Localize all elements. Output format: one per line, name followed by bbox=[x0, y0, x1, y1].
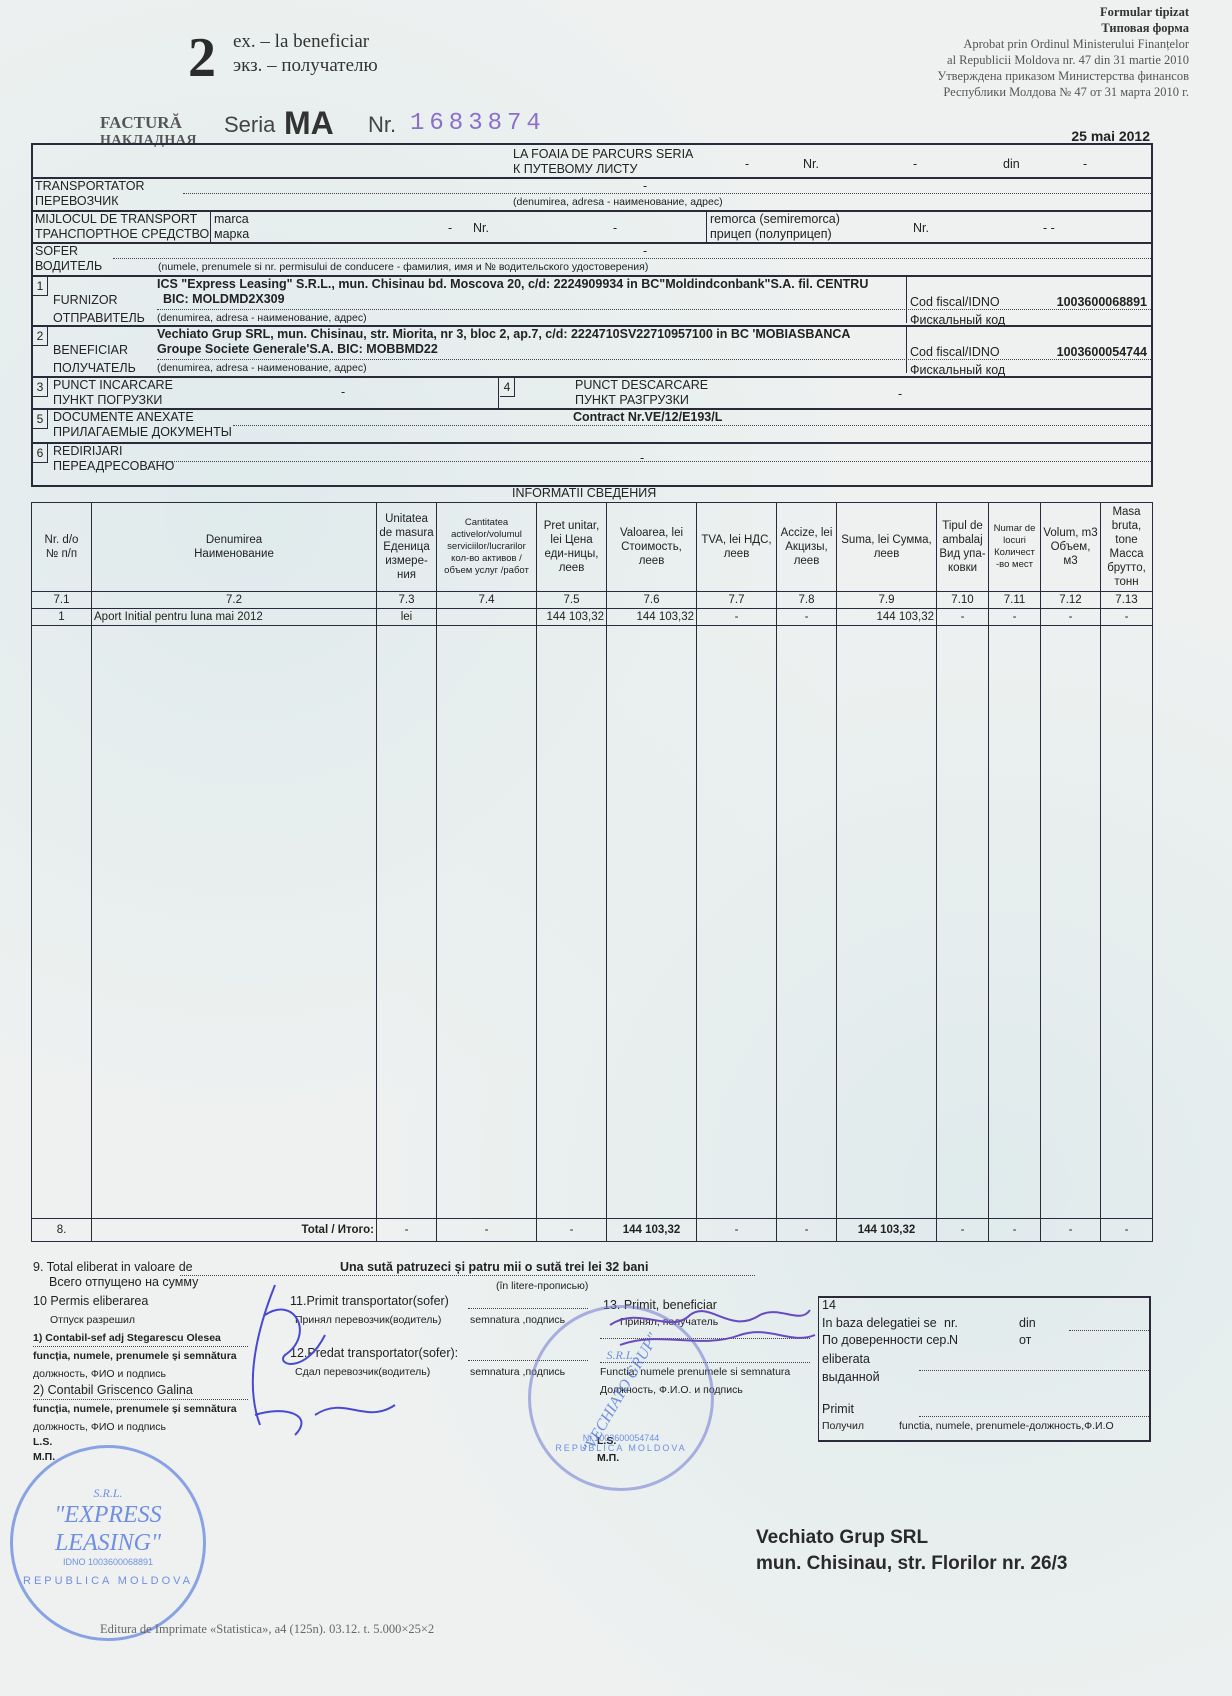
empty-cell bbox=[989, 626, 1041, 1219]
waybill-label: LA FOAIA DE PARCURS SERIA К ПУТЕВОМУ ЛИС… bbox=[513, 147, 693, 177]
column-number-cell: 7.1 bbox=[32, 592, 92, 609]
delegation-din-ro: din bbox=[1019, 1316, 1036, 1331]
unloading-label: PUNCT DESCARCARE ПУНКТ РАЗГРУЗКИ bbox=[575, 378, 708, 408]
waybill-nr: - bbox=[913, 157, 917, 172]
vehicle-label-ru: ТРАНСПОРТНОЕ СРЕДСТВО bbox=[35, 227, 209, 242]
beneficiary-line-1: Vechiato Grup SRL, mun. Chisinau, str. M… bbox=[157, 327, 927, 342]
supplier-label-ro: FURNIZOR bbox=[53, 293, 118, 308]
total-cell: - bbox=[937, 1219, 989, 1242]
seal-text: LEASING" bbox=[13, 1529, 203, 1557]
transporter-label: TRANSPORTATOR ПЕРЕВОЗЧИК bbox=[35, 179, 145, 209]
delegation-box: 14 In baza delegatiei se nr. din По дове… bbox=[818, 1296, 1151, 1442]
vehicle-brand-label: marca марка bbox=[214, 212, 249, 242]
stamp-company-address: mun. Chisinau, str. Florilor nr. 26/3 bbox=[756, 1551, 1067, 1577]
permit-label-ru: Отпуск разрешил bbox=[50, 1314, 135, 1326]
signature-scribble bbox=[600, 1295, 820, 1355]
signer-function-label-ru: должность, ФИО и подпись bbox=[33, 1421, 166, 1433]
loading-index: 3 bbox=[33, 378, 48, 397]
waybill-label-ru: К ПУТЕВОМУ ЛИСТУ bbox=[513, 162, 693, 177]
col-header-volume: Volum, m3 Объем, м3 bbox=[1041, 503, 1101, 592]
vehicle-brand-ro: marca bbox=[214, 212, 249, 227]
item-cell: - bbox=[989, 609, 1041, 626]
signature-scribble bbox=[235, 1275, 425, 1445]
trailer-nr-label: Nr. bbox=[913, 221, 929, 236]
empty-cell bbox=[777, 626, 837, 1219]
vehicle-nr-label: Nr. bbox=[473, 221, 489, 236]
signature-label: semnatura ,подпись bbox=[470, 1314, 565, 1326]
documents-label: DOCUMENTE ANEXATE ПРИЛАГАЕМЫЕ ДОКУМЕНТЫ bbox=[53, 410, 232, 440]
item-cell: 1 bbox=[32, 609, 92, 626]
beneficiary-details: Vechiato Grup SRL, mun. Chisinau, str. M… bbox=[157, 327, 927, 357]
waybill-label-ro: LA FOAIA DE PARCURS SERIA bbox=[513, 147, 693, 162]
series-value: MA bbox=[284, 105, 334, 142]
copy-destination-ru: экз. – получателю bbox=[233, 54, 378, 78]
supplier-hint: (denumirea, adresa - наименование, адрес… bbox=[157, 312, 367, 324]
column-number-cell: 7.9 bbox=[837, 592, 937, 609]
driver-value: - bbox=[643, 244, 647, 259]
table-empty-area bbox=[32, 626, 1153, 1219]
col-header-quantity: Cantitatea activelor/volumul serviciilor… bbox=[437, 503, 537, 592]
seal-text: REPUBLICA MOLDOVA bbox=[13, 1575, 203, 1587]
form-approval-info: Formular tipizat Типовая форма Aprobat p… bbox=[937, 4, 1189, 100]
supplier-seal: S.R.L. "EXPRESS LEASING" IDNO 1003600068… bbox=[10, 1445, 206, 1641]
unloading-index: 4 bbox=[500, 378, 515, 397]
received-hint: functia, numele, prenumele-должность,Ф.И… bbox=[899, 1420, 1114, 1432]
beneficiary-label-ro: BENEFICIAR bbox=[53, 343, 128, 358]
total-cell: - bbox=[537, 1219, 607, 1242]
seal-text: Nr.1003600054744 bbox=[531, 1433, 711, 1443]
col-header-unit-price: Pret unitar, lei Цена еди-ницы, леев bbox=[537, 503, 607, 592]
transport-details-grid: LA FOAIA DE PARCURS SERIA К ПУТЕВОМУ ЛИС… bbox=[31, 143, 1153, 487]
item-cell bbox=[437, 609, 537, 626]
attached-documents-value: Contract Nr.VE/12/E193/L bbox=[573, 410, 722, 425]
empty-cell bbox=[437, 626, 537, 1219]
driver-label-ro: SOFER bbox=[35, 244, 102, 259]
empty-cell bbox=[1041, 626, 1101, 1219]
signer-1: 1) Contabil-sef adj Stegarescu Olesea bbox=[33, 1332, 221, 1344]
total-cell: - bbox=[1041, 1219, 1101, 1242]
documents-label-ru: ПРИЛАГАЕМЫЕ ДОКУМЕНТЫ bbox=[53, 425, 232, 440]
total-cell: 144 103,32 bbox=[837, 1219, 937, 1242]
supplier-label-ru: ОТПРАВИТЕЛЬ bbox=[53, 311, 145, 326]
approval-line: Республики Молдова № 47 от 31 марта 2010… bbox=[937, 84, 1189, 100]
col-header-excise: Accize, lei Акцизы, леев bbox=[777, 503, 837, 592]
delegation-index: 14 bbox=[822, 1298, 836, 1313]
item-cell: - bbox=[697, 609, 777, 626]
seal-text: REPUBLICA MOLDOVA bbox=[531, 1443, 711, 1453]
beneficiary-index: 2 bbox=[33, 327, 48, 346]
beneficiary-fiscal-label-ro: Cod fiscal/IDNO bbox=[910, 345, 1000, 360]
vehicle-label-ro: MIJLOCUL DE TRANSPORT bbox=[35, 212, 209, 227]
supplier-details: ICS "Express Leasing" S.R.L., mun. Chisi… bbox=[157, 277, 927, 307]
copy-number: 2 bbox=[188, 30, 216, 86]
supplier-line-2: BIC: MOLDMD2X309 bbox=[157, 292, 927, 307]
supplier-index: 1 bbox=[33, 277, 48, 296]
beneficiary-fiscal-code: 1003600054744 bbox=[1057, 345, 1147, 360]
vehicle-label: MIJLOCUL DE TRANSPORT ТРАНСПОРТНОЕ СРЕДС… bbox=[35, 212, 209, 242]
item-cell: - bbox=[937, 609, 989, 626]
column-number-cell: 7.6 bbox=[607, 592, 697, 609]
info-section-title: INFORMATII СВЕДЕНИЯ bbox=[512, 486, 656, 501]
received-label-ro: Primit bbox=[822, 1402, 854, 1417]
total-cell: - bbox=[777, 1219, 837, 1242]
transporter-label-ru: ПЕРЕВОЗЧИК bbox=[35, 194, 145, 209]
col-header-value: Valoarea, lei Стоимость, леев bbox=[607, 503, 697, 592]
copy-destination: ex. – la beneficiar экз. – получателю bbox=[233, 30, 378, 78]
empty-cell bbox=[537, 626, 607, 1219]
loading-value: - bbox=[341, 385, 345, 400]
unloading-label-ro: PUNCT DESCARCARE bbox=[575, 378, 708, 393]
col-header-packaging: Tipul de ambalaj Вид упа-ковки bbox=[937, 503, 989, 592]
item-cell: - bbox=[1041, 609, 1101, 626]
signer-2: 2) Contabil Griscenco Galina bbox=[33, 1383, 193, 1398]
empty-cell bbox=[1101, 626, 1153, 1219]
documents-label-ro: DOCUMENTE ANEXATE bbox=[53, 410, 232, 425]
number-label: Nr. bbox=[368, 112, 396, 138]
signer-function-label-ro: funcția, numele, prenumele și semnătura bbox=[33, 1350, 237, 1362]
empty-cell bbox=[697, 626, 777, 1219]
item-cell: Aport Initial pentru luna mai 2012 bbox=[92, 609, 377, 626]
invoice-date: 25 mai 2012 bbox=[1071, 128, 1150, 144]
item-cell: 144 103,32 bbox=[537, 609, 607, 626]
stamp-company-name: Vechiato Grup SRL bbox=[756, 1525, 1067, 1551]
column-number-cell: 7.12 bbox=[1041, 592, 1101, 609]
supplier-fiscal-label-ro: Cod fiscal/IDNO bbox=[910, 295, 1000, 310]
printer-info: Editura de Imprimate «Statistica», a4 (1… bbox=[100, 1622, 434, 1637]
table-row: 1Aport Initial pentru luna mai 2012lei14… bbox=[32, 609, 1153, 626]
column-number-cell: 7.3 bbox=[377, 592, 437, 609]
issued-label-ru: выданной bbox=[822, 1370, 880, 1385]
col-header-nr: Nr. d/o № п/п bbox=[32, 503, 92, 592]
waybill-din-label: din bbox=[1003, 157, 1020, 172]
total-cell: 144 103,32 bbox=[607, 1219, 697, 1242]
delegation-nr-ru: N bbox=[949, 1333, 958, 1348]
waybill-din: - bbox=[1083, 157, 1087, 172]
item-cell: 144 103,32 bbox=[607, 609, 697, 626]
delegation-nr-ro: nr. bbox=[944, 1316, 958, 1331]
redirect-index: 6 bbox=[33, 444, 48, 463]
received-label-ru: Получил bbox=[822, 1420, 864, 1432]
redirect-label-ro: REDIRIJARI bbox=[53, 444, 174, 459]
approval-line: al Republicii Moldova nr. 47 din 31 mart… bbox=[937, 52, 1189, 68]
waybill-series: - bbox=[745, 157, 749, 172]
delegation-label-ro: In baza delegatiei se bbox=[822, 1316, 937, 1331]
series-label: Seria bbox=[224, 112, 275, 138]
driver-hint: (numele, prenumele si nr. permisului de … bbox=[158, 261, 648, 273]
vehicle-brand-ru: марка bbox=[214, 227, 249, 242]
trailer-label: remorca (semiremorca) прицеп (полуприцеп… bbox=[710, 212, 840, 242]
total-cell: - bbox=[377, 1219, 437, 1242]
column-number-cell: 7.11 bbox=[989, 592, 1041, 609]
vehicle-brand-value: - bbox=[448, 221, 452, 236]
total-words-label-ru: Всего отпущено на сумму bbox=[33, 1275, 198, 1290]
item-cell: 144 103,32 bbox=[837, 609, 937, 626]
empty-cell bbox=[937, 626, 989, 1219]
driver-label: SOFER ВОДИТЕЛЬ bbox=[35, 244, 102, 274]
transporter-hint: (denumirea, adresa - наименование, адрес… bbox=[513, 196, 723, 208]
column-number-cell: 7.13 bbox=[1101, 592, 1153, 609]
column-number-cell: 7.5 bbox=[537, 592, 607, 609]
col-header-unit: Unitatea de masura Еденица измере-ния bbox=[377, 503, 437, 592]
items-table: Nr. d/o № п/п Denumirea Наименование Uni… bbox=[31, 502, 1153, 1242]
transporter-label-ro: TRANSPORTATOR bbox=[35, 179, 145, 194]
trailer-label-ru: прицеп (полуприцеп) bbox=[710, 227, 840, 242]
total-words-label: 9. Total eliberat in valoare de Всего от… bbox=[33, 1260, 198, 1290]
delegation-din-ru: от bbox=[1019, 1333, 1031, 1348]
total-in-words: Una sută patruzeci și patru mii o sută t… bbox=[340, 1260, 648, 1275]
total-cell: - bbox=[989, 1219, 1041, 1242]
total-row: 8.Total / Итого:---144 103,32--144 103,3… bbox=[32, 1219, 1153, 1242]
empty-cell bbox=[607, 626, 697, 1219]
column-number-cell: 7.8 bbox=[777, 592, 837, 609]
total-cell: Total / Итого: bbox=[92, 1219, 377, 1242]
waybill-nr-label: Nr. bbox=[803, 157, 819, 172]
beneficiary-label-ru: ПОЛУЧАТЕЛЬ bbox=[53, 361, 136, 376]
total-cell: - bbox=[437, 1219, 537, 1242]
supplier-fiscal-code: 1003600068891 bbox=[1057, 295, 1147, 310]
loading-label-ru: ПУНКТ ПОГРУЗКИ bbox=[53, 393, 173, 408]
seal-text: "EXPRESS bbox=[13, 1501, 203, 1529]
title-ro: FACTURĂ bbox=[100, 114, 197, 132]
copy-destination-ro: ex. – la beneficiar bbox=[233, 30, 378, 54]
approval-line: Утверждена приказом Министерства финансо… bbox=[937, 68, 1189, 84]
total-words-hint: (în litere-прописью) bbox=[496, 1280, 588, 1292]
loading-label: PUNCT INCARCARE ПУНКТ ПОГРУЗКИ bbox=[53, 378, 173, 408]
trailer-nr: - - bbox=[1043, 221, 1055, 236]
unloading-label-ru: ПУНКТ РАЗГРУЗКИ bbox=[575, 393, 708, 408]
loading-label-ro: PUNCT INCARCARE bbox=[53, 378, 173, 393]
column-number-cell: 7.10 bbox=[937, 592, 989, 609]
col-header-vat: TVA, lei НДС, леев bbox=[697, 503, 777, 592]
seal-label-ls: L.S. bbox=[33, 1436, 52, 1448]
delegation-label-ru: По доверенности сер. bbox=[822, 1333, 950, 1348]
column-number-cell: 7.4 bbox=[437, 592, 537, 609]
form-type-ro: Formular tipizat bbox=[937, 4, 1189, 20]
form-type-ru: Типовая форма bbox=[937, 20, 1189, 36]
transporter-value: - bbox=[643, 179, 647, 194]
total-cell: 8. bbox=[32, 1219, 92, 1242]
item-cell: - bbox=[1101, 609, 1153, 626]
seal-text: IDNO 1003600068891 bbox=[13, 1557, 203, 1567]
col-header-places: Numar de locuri Количест -во мест bbox=[989, 503, 1041, 592]
column-number-cell: 7.7 bbox=[697, 592, 777, 609]
signer-function-label-ro: funcția, numele, prenumele și semnătura bbox=[33, 1403, 237, 1415]
supplier-line-1: ICS "Express Leasing" S.R.L., mun. Chisi… bbox=[157, 277, 927, 292]
redirect-value: - bbox=[640, 451, 644, 466]
beneficiary-line-2: Groupe Societe Generale'S.A. BIC: MOBBMD… bbox=[157, 342, 927, 357]
beneficiary-hint: (denumirea, adresa - наименование, адрес… bbox=[157, 362, 367, 374]
total-cell: - bbox=[1101, 1219, 1153, 1242]
total-words-label-ro: 9. Total eliberat in valoare de bbox=[33, 1260, 198, 1275]
item-cell: - bbox=[777, 609, 837, 626]
empty-cell bbox=[92, 626, 377, 1219]
redirect-label: REDIRIJARI ПЕРЕАДРЕСОВАНО bbox=[53, 444, 174, 474]
column-number-row: 7.17.27.37.47.57.67.77.87.97.107.117.127… bbox=[32, 592, 1153, 609]
col-header-gross-mass: Masa bruta, tone Масса брутто, тонн bbox=[1101, 503, 1153, 592]
unloading-value: - bbox=[898, 387, 902, 402]
item-cell: lei bbox=[377, 609, 437, 626]
total-cell: - bbox=[697, 1219, 777, 1242]
issued-label-ro: eliberata bbox=[822, 1352, 870, 1367]
empty-cell bbox=[32, 626, 92, 1219]
beneficiary-address-stamp: Vechiato Grup SRL mun. Chisinau, str. Fl… bbox=[756, 1525, 1067, 1577]
approval-line: Aprobat prin Ordinul Ministerului Finanț… bbox=[937, 36, 1189, 52]
vehicle-nr: - bbox=[613, 221, 617, 236]
col-header-name: Denumirea Наименование bbox=[92, 503, 377, 592]
permit-label-ro: 10 Permis eliberarea bbox=[33, 1294, 148, 1309]
invoice-number: 1683874 bbox=[410, 110, 546, 137]
col-header-sum: Suma, lei Сумма, леев bbox=[837, 503, 937, 592]
trailer-label-ro: remorca (semiremorca) bbox=[710, 212, 840, 227]
driver-label-ru: ВОДИТЕЛЬ bbox=[35, 259, 102, 274]
table-header-row: Nr. d/o № п/п Denumirea Наименование Uni… bbox=[32, 503, 1153, 592]
signer-function-label-ru: должность, ФИО и подпись bbox=[33, 1368, 166, 1380]
seal-text: S.R.L. bbox=[13, 1486, 203, 1501]
column-number-cell: 7.2 bbox=[92, 592, 377, 609]
empty-cell bbox=[837, 626, 937, 1219]
documents-index: 5 bbox=[33, 410, 48, 429]
empty-cell bbox=[377, 626, 437, 1219]
